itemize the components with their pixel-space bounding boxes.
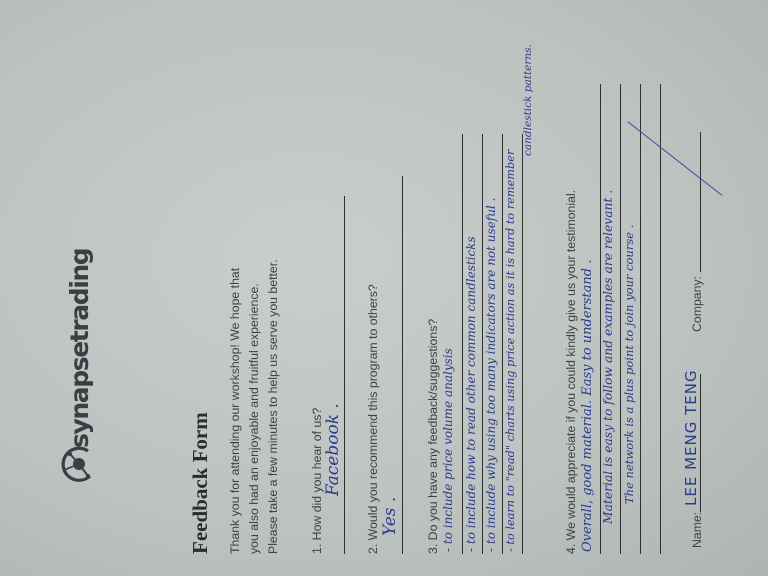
- strike-through-mark: [627, 121, 722, 196]
- name-label: Name:: [690, 512, 704, 548]
- brand-logo-text: synapsetrading: [65, 249, 94, 448]
- answer-line: [640, 84, 641, 554]
- answer-3-margin-note: candlestick patterns.: [522, 44, 534, 156]
- question-1-label: How did you hear of us?: [310, 408, 324, 541]
- answer-line: [344, 196, 345, 554]
- answer-3-line-2[interactable]: - to include how to read other common ca…: [464, 236, 478, 552]
- company-label: Company:: [690, 276, 704, 332]
- question-4: 4. We would appreciate if you could kind…: [564, 190, 578, 554]
- name-field[interactable]: LEE MENG TENG: [682, 369, 700, 506]
- question-3-label: Do you have any feedback/suggestions?: [426, 319, 440, 541]
- answer-line: [502, 134, 503, 554]
- answer-line: [462, 134, 463, 554]
- question-4-label: We would appreciate if you could kindly …: [564, 190, 578, 540]
- company-underline: [700, 132, 701, 272]
- question-2-label: Would you recommend this program to othe…: [366, 284, 380, 540]
- intro-paragraph: Thank you for attending our workshop! We…: [226, 254, 283, 554]
- answer-4-line-3[interactable]: The network is a plus point to join your…: [622, 225, 636, 504]
- question-3: 3. Do you have any feedback/suggestions?: [426, 319, 440, 554]
- answer-line: [402, 176, 403, 554]
- form-title: Feedback Form: [188, 412, 213, 554]
- feedback-form-sheet: synapsetrading Feedback Form Thank you f…: [0, 0, 768, 576]
- answer-4-line-1[interactable]: Overall, good material. Easy to understa…: [580, 260, 595, 552]
- question-1: 1. How did you hear of us?: [310, 408, 324, 554]
- answer-line: [482, 134, 483, 554]
- name-underline: [700, 374, 701, 512]
- answer-line: [660, 84, 661, 554]
- question-2: 2. Would you recommend this program to o…: [366, 284, 380, 554]
- answer-1-line-1[interactable]: Facebook .: [323, 403, 343, 496]
- answer-line: [620, 84, 621, 554]
- answer-line: [522, 134, 523, 554]
- answer-3-line-3[interactable]: - to include why using too many indicato…: [484, 198, 498, 552]
- answer-2-line-1[interactable]: Yes .: [380, 497, 400, 536]
- answer-3-line-1[interactable]: - to include price volume analysis: [441, 348, 455, 552]
- network-node-logo-icon: [58, 444, 98, 484]
- answer-4-line-2[interactable]: Material is easy to follow and examples …: [601, 190, 615, 524]
- answer-3-line-4[interactable]: - to learn to "read" charts using price …: [504, 150, 517, 552]
